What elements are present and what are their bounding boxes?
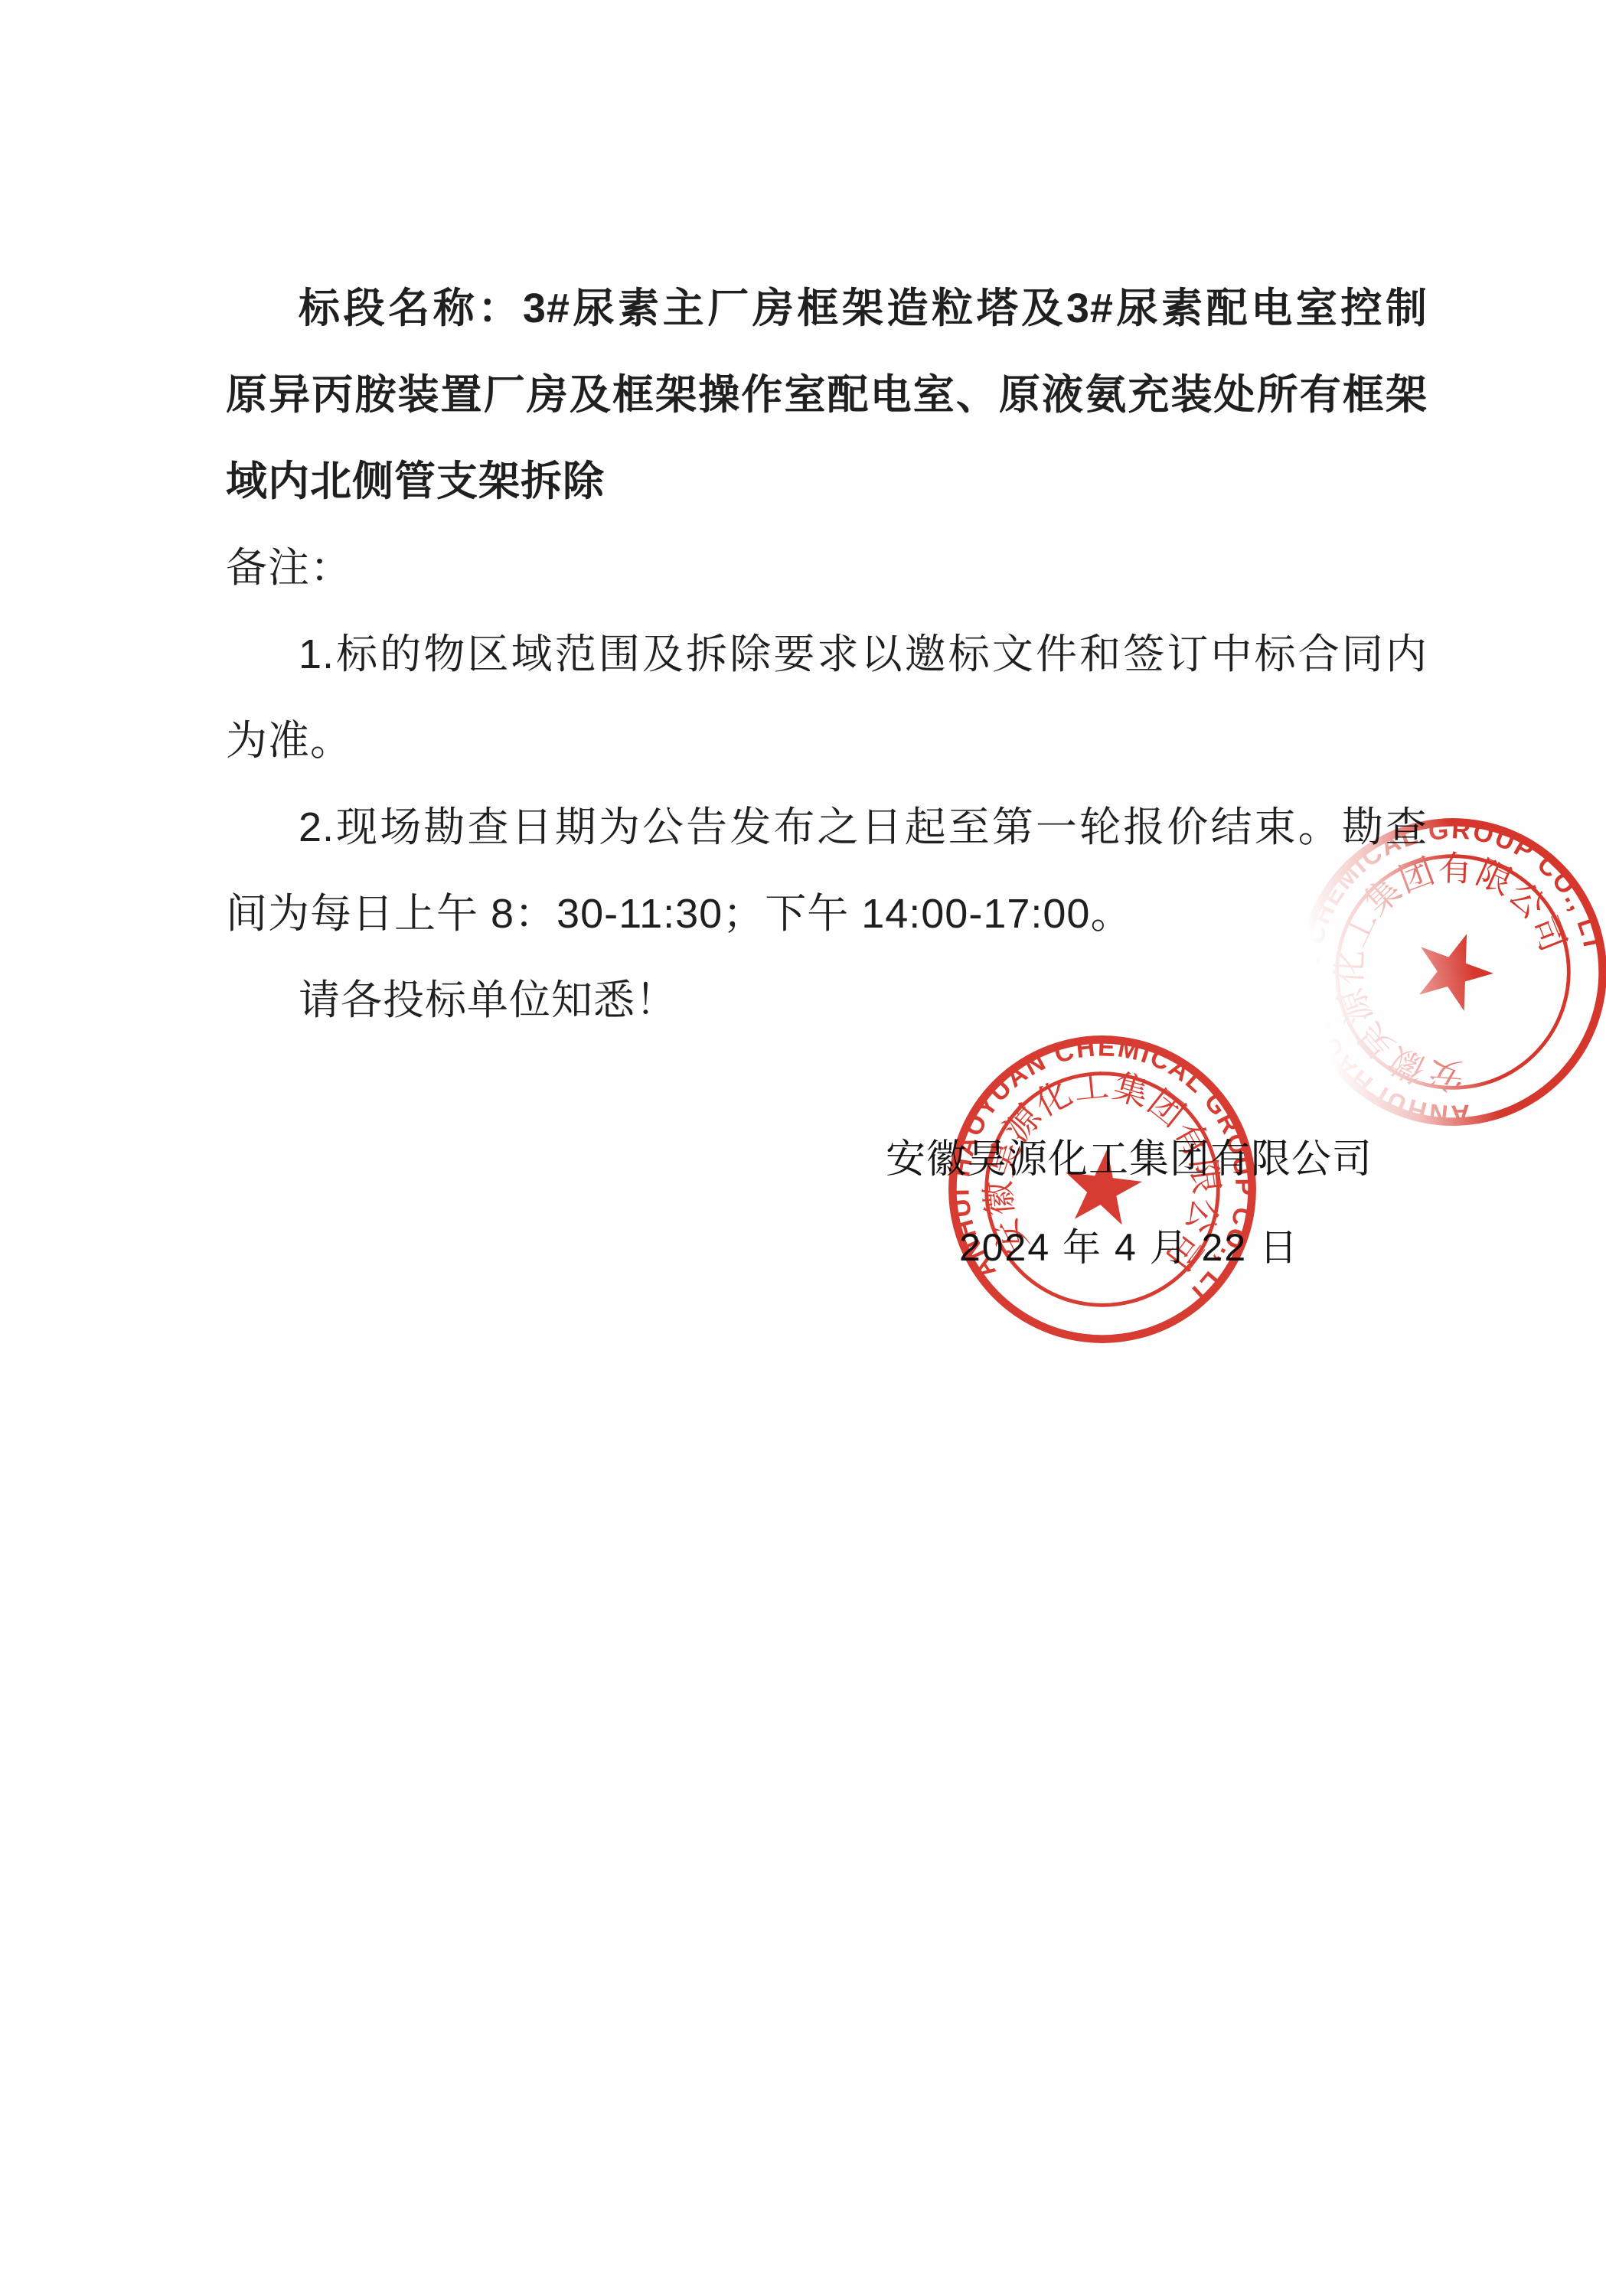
- document-body: 标段名称：3#尿素主厂房框架造粒塔及3#尿素配电室控制室、 原异丙胺装置厂房及框…: [226, 266, 1428, 1044]
- remark-item-2-line-1: 2.现场勘查日期为公告发布之日起至第一轮报价结束。勘查时: [226, 784, 1428, 871]
- notice-line: 请各投标单位知悉！: [226, 957, 1428, 1044]
- seal-graphic: ANHUI HAOYUAN CHEMICAL GROUP CO., LTD. 安…: [922, 1009, 1284, 1371]
- page-background: 标段名称：3#尿素主厂房框架造粒塔及3#尿素配电室控制室、 原异丙胺装置厂房及框…: [0, 0, 1606, 2296]
- company-seal-main: ANHUI HAOYUAN CHEMICAL GROUP CO., LTD. 安…: [922, 1009, 1284, 1371]
- title-line-2: 原异丙胺装置厂房及框架操作室配电室、原液氨充装处所有框架区: [226, 352, 1428, 439]
- remark-label: 备注：: [226, 525, 1428, 612]
- scanned-document-page: { "document": { "lines": [ {"text": "标段名…: [0, 0, 1606, 2296]
- star-icon: [1060, 1144, 1146, 1226]
- title-line-1: 标段名称：3#尿素主厂房框架造粒塔及3#尿素配电室控制室、: [226, 266, 1428, 352]
- remark-item-2-line-2: 间为每日上午 8：30-11:30；下午 14:00-17:00。: [226, 871, 1428, 957]
- star-icon: [1397, 917, 1503, 1022]
- company-seal-corner: ANHUI HAOYUAN CHEMICAL GROUP CO., LTD. 安…: [1291, 810, 1606, 1139]
- remark-item-1-line-2: 为准。: [226, 698, 1428, 784]
- remark-item-1-line-1: 1.标的物区域范围及拆除要求以邀标文件和签订中标合同内容: [226, 612, 1428, 698]
- title-line-3: 域内北侧管支架拆除: [226, 439, 1428, 525]
